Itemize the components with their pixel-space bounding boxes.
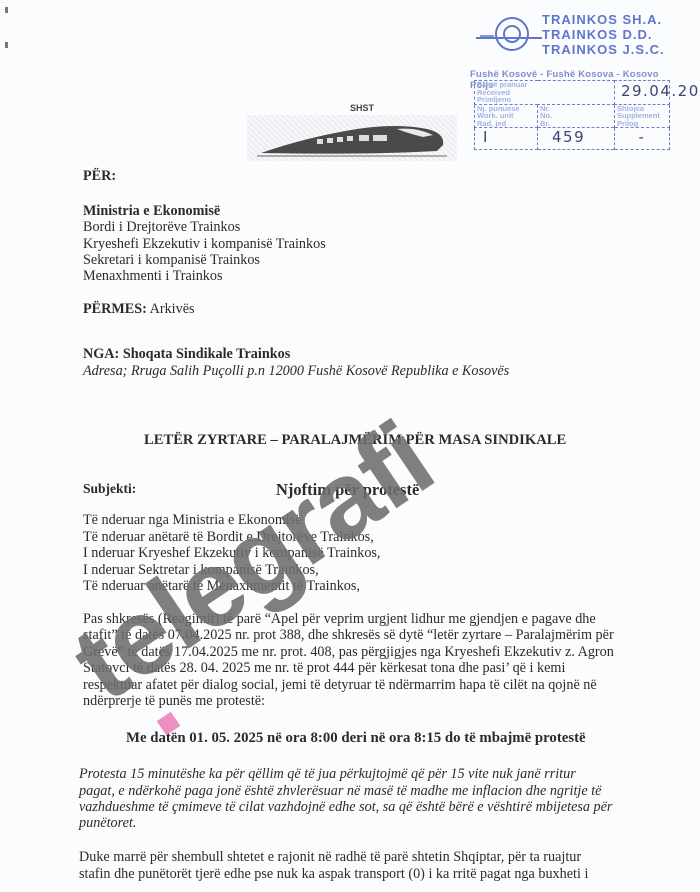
sender-line: NGA: Shoqata Sindikale Trainkos	[83, 346, 290, 363]
stamp-table: Është pranuar Received Primljeno 29.04.2…	[474, 80, 670, 150]
recipient-primary: Ministria e Ekonomisë	[83, 203, 220, 220]
sender-label: NGA:	[83, 346, 119, 362]
work-unit-value: I	[477, 128, 489, 146]
body-line: punëtoret.	[79, 815, 136, 832]
received-stamp: TRAINKOS SH.A. TRAINKOS D.D. TRAINKOS J.…	[466, 10, 676, 142]
train-icon	[247, 115, 457, 161]
body-line: Duke marrë për shembull shtetet e rajoni…	[79, 849, 581, 866]
punch-mark	[5, 7, 8, 13]
number-value: 459	[540, 128, 585, 146]
body-line: vazhdueshme të çmimeve të cilat vazhdojn…	[79, 799, 612, 816]
recipient-item: Menaxhmenti i Trainkos	[83, 268, 223, 285]
union-logo-label: SHST	[350, 103, 374, 113]
sender-name: Shoqata Sindikale Trainkos	[123, 346, 290, 362]
via-value: Arkivës	[150, 301, 195, 317]
stamp-company-line: TRAINKOS J.S.C.	[542, 42, 665, 57]
train-logo	[247, 115, 457, 161]
recipient-item: Kryeshefi Ekzekutiv i kompanisë Trainkos	[83, 236, 326, 253]
trainkos-logo-icon	[474, 14, 544, 54]
scanned-letter-page: TRAINKOS SH.A. TRAINKOS D.D. TRAINKOS J.…	[0, 0, 700, 892]
body-line: stafin dhe punëtorët tjerë edhe pse nuk …	[79, 866, 588, 883]
recipient-item: Bordi i Drejtorëve Trainkos	[83, 219, 240, 236]
protest-notice: Me datën 01. 05. 2025 në ora 8:00 deri n…	[126, 730, 586, 747]
received-date: 29.04.2025	[621, 82, 700, 100]
recipient-item: Sekretari i kompanisë Trainkos	[83, 252, 260, 269]
body-line: Protesta 15 minutëshe ka për qëllim që t…	[79, 766, 576, 783]
body-line: pagat, e ndërkohë paga jonë është zhvler…	[79, 783, 601, 800]
via-line: PËRMES: Arkivës	[83, 301, 195, 318]
sender-address: Adresa; Rruga Salih Puçolli p.n 12000 Fu…	[83, 363, 509, 380]
stamp-company-line: TRAINKOS SH.A.	[542, 12, 662, 27]
supplement-value: -	[639, 128, 646, 146]
recipients-heading: PËR:	[83, 168, 116, 185]
punch-mark	[5, 42, 8, 48]
via-label: PËRMES:	[83, 301, 147, 317]
subject-label: Subjekti:	[83, 481, 136, 498]
stamp-company-line: TRAINKOS D.D.	[542, 27, 653, 42]
